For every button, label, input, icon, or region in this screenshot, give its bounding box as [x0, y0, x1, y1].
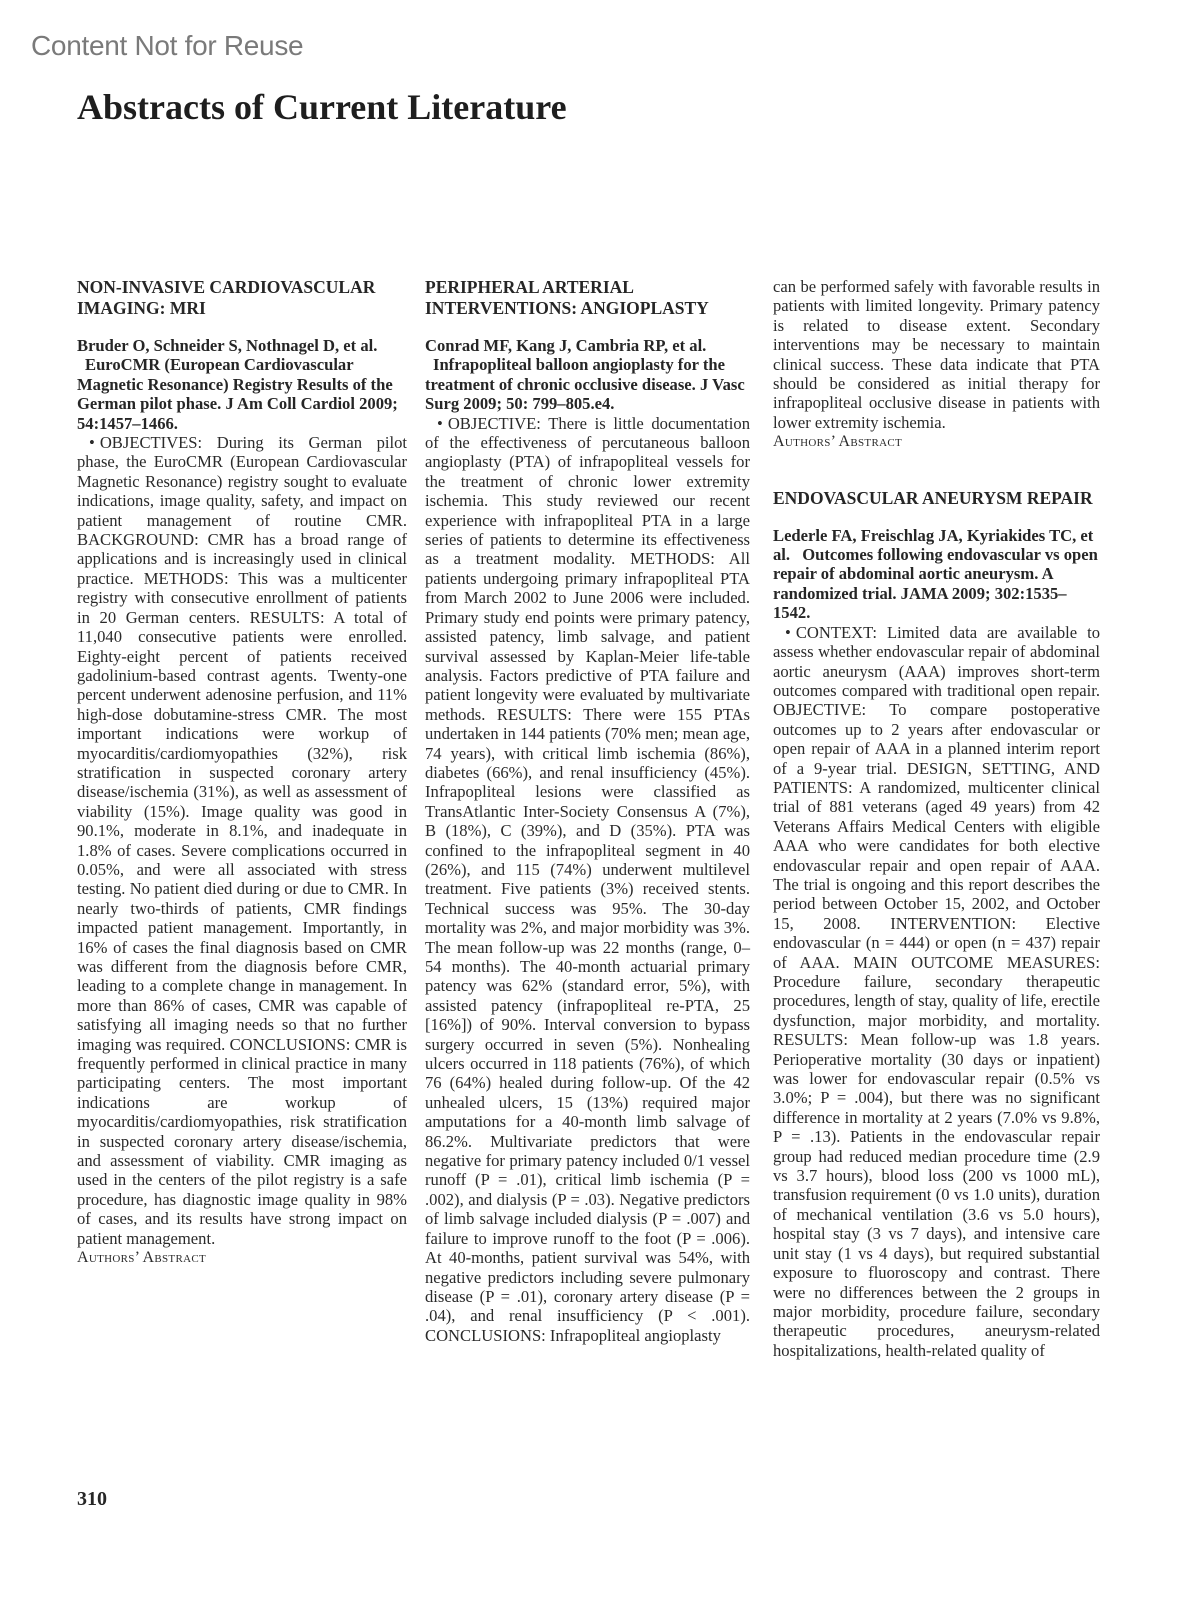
- bullet-icon: •: [437, 414, 443, 433]
- abstract-source: Authors’ Abstract: [773, 432, 1100, 451]
- column-3: can be performed safely with favorable r…: [773, 277, 1100, 1360]
- abstract-text: OBJECTIVE: There is little documentation…: [425, 414, 750, 1345]
- column-2: PERIPHERAL ARTERIAL INTERVENTIONS: ANGIO…: [425, 277, 750, 1345]
- article-authors: Bruder O, Schneider S, Nothnagel D, et a…: [77, 336, 377, 355]
- abstract-text: CONTEXT: Limited data are available to a…: [773, 623, 1100, 1360]
- abstract-body: •OBJECTIVE: There is little documentatio…: [425, 414, 750, 1346]
- section-heading-aneurysm: ENDOVASCULAR ANEURYSM REPAIR: [773, 488, 1100, 509]
- continued-abstract-text: can be performed safely with favorable r…: [773, 277, 1100, 432]
- page-title: Abstracts of Current Literature: [77, 86, 567, 128]
- article-citation: Conrad MF, Kang J, Cambria RP, et al. In…: [425, 336, 750, 414]
- abstract-article-eurocmr: Bruder O, Schneider S, Nothnagel D, et a…: [77, 336, 407, 1268]
- section-heading-mri: NON-INVASIVE CARDIOVASCULAR IMAGING: MRI: [77, 277, 407, 319]
- abstract-body: •CONTEXT: Limited data are available to …: [773, 623, 1100, 1360]
- section-spacer: [773, 452, 1100, 488]
- bullet-icon: •: [89, 433, 95, 452]
- article-citation: Lederle FA, Freischlag JA, Kyriakides TC…: [773, 526, 1100, 623]
- article-authors: Conrad MF, Kang J, Cambria RP, et al.: [425, 336, 706, 355]
- abstract-text: OBJECTIVES: During its German pilot phas…: [77, 433, 407, 1248]
- watermark-text: Content Not for Reuse: [31, 30, 303, 62]
- page-number: 310: [77, 1488, 107, 1511]
- abstract-article-infrapopliteal: Conrad MF, Kang J, Cambria RP, et al. In…: [425, 336, 750, 1345]
- abstract-article-aaa: Lederle FA, Freischlag JA, Kyriakides TC…: [773, 526, 1100, 1360]
- abstract-source: Authors’ Abstract: [77, 1248, 407, 1267]
- abstract-body: •OBJECTIVES: During its German pilot pha…: [77, 433, 407, 1248]
- section-heading-angioplasty: PERIPHERAL ARTERIAL INTERVENTIONS: ANGIO…: [425, 277, 750, 319]
- bullet-icon: •: [785, 623, 791, 642]
- column-1: NON-INVASIVE CARDIOVASCULAR IMAGING: MRI…: [77, 277, 407, 1268]
- article-title: Infrapopliteal balloon angioplasty for t…: [425, 355, 725, 393]
- article-citation: Bruder O, Schneider S, Nothnagel D, et a…: [77, 336, 407, 433]
